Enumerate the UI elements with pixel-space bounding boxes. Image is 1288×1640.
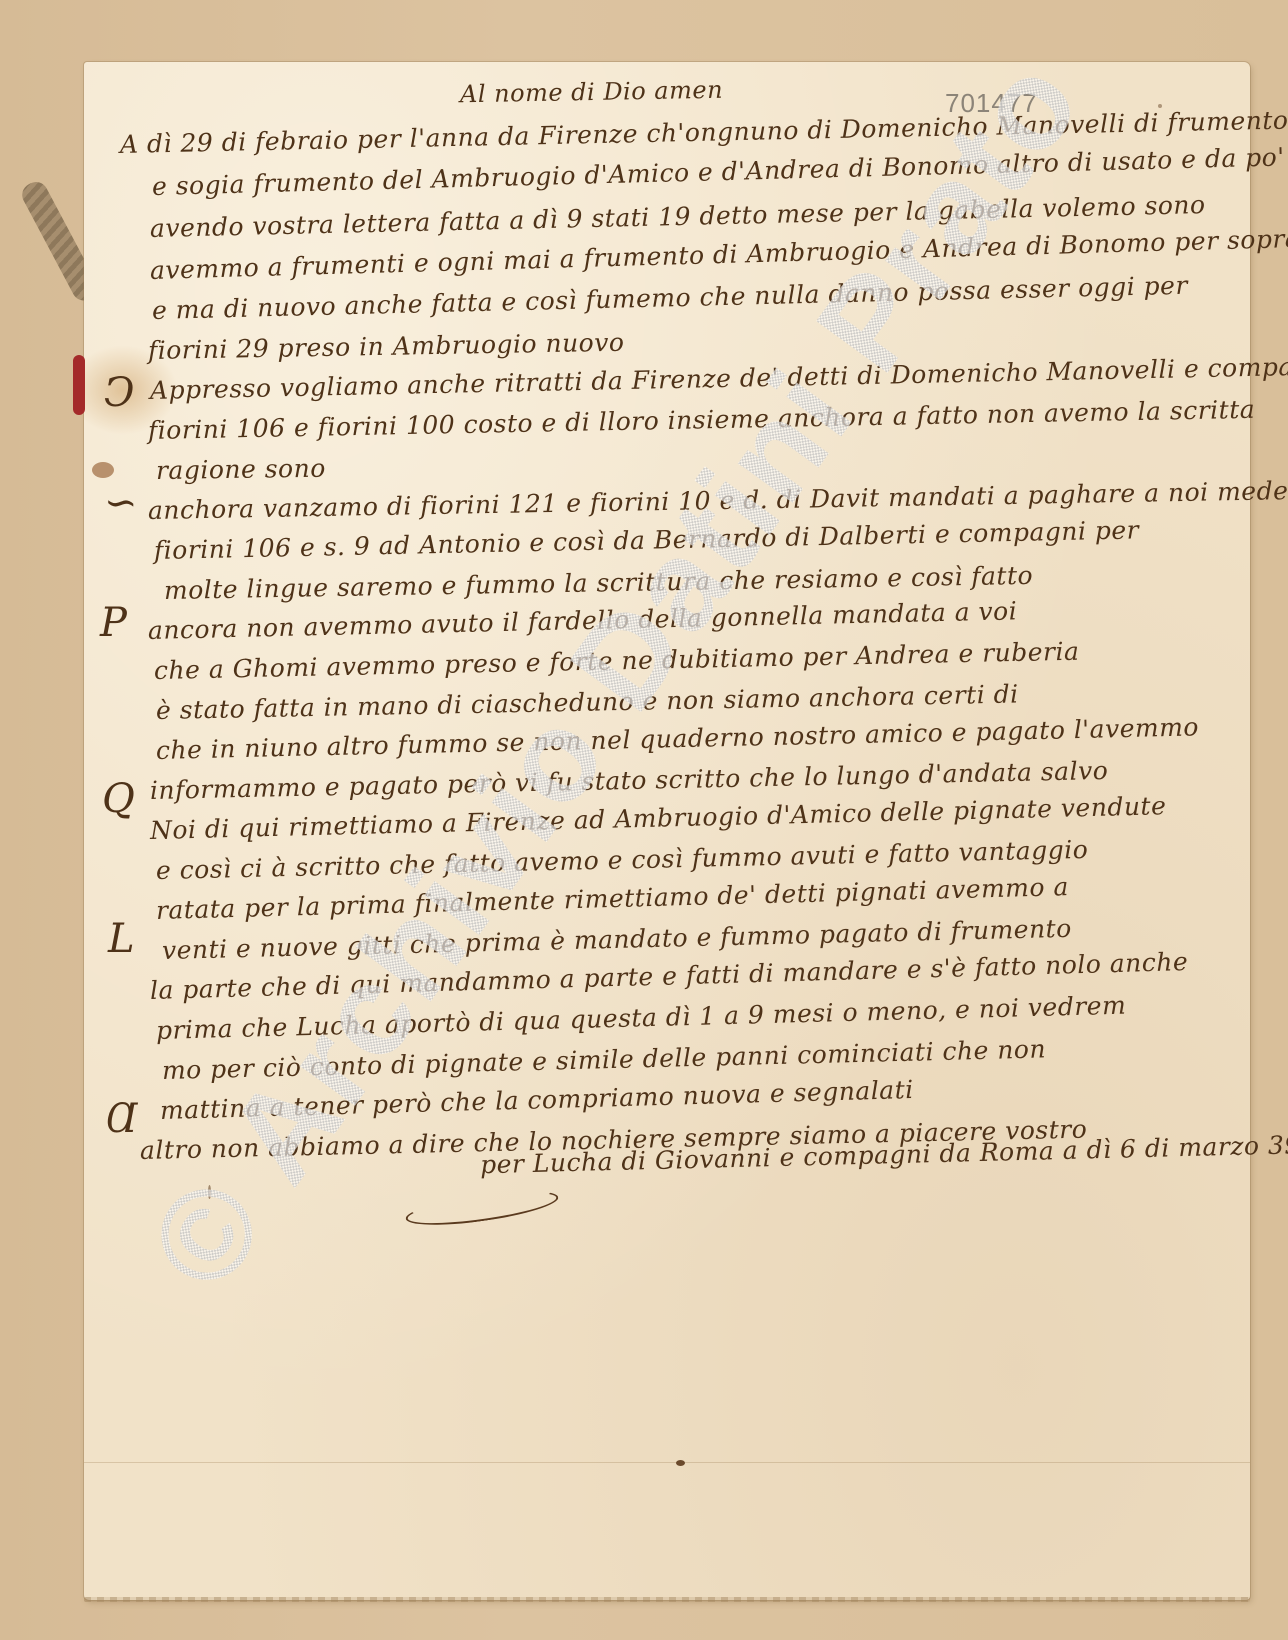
paragraph-initial-mark: P	[100, 600, 127, 646]
paragraph-initial-mark: Ɑ	[106, 1096, 137, 1142]
fold-line	[84, 1462, 1250, 1463]
deckle-edge	[84, 1597, 1250, 1602]
manuscript-line: ragione sono	[156, 454, 326, 486]
wax-seal-remnant	[73, 355, 85, 415]
paragraph-initial-mark: ∽	[104, 480, 138, 526]
paragraph-initial-mark: Ↄ	[104, 370, 135, 416]
ink-stain	[92, 462, 114, 478]
paper-speck	[676, 1460, 685, 1466]
paragraph-initial-mark: Q	[102, 776, 135, 822]
paper-speck	[208, 1185, 211, 1199]
paper-speck	[1158, 104, 1162, 108]
paragraph-initial-mark: L	[108, 916, 135, 962]
letter-invocation-heading: Al nome di Dio amen	[460, 76, 723, 109]
